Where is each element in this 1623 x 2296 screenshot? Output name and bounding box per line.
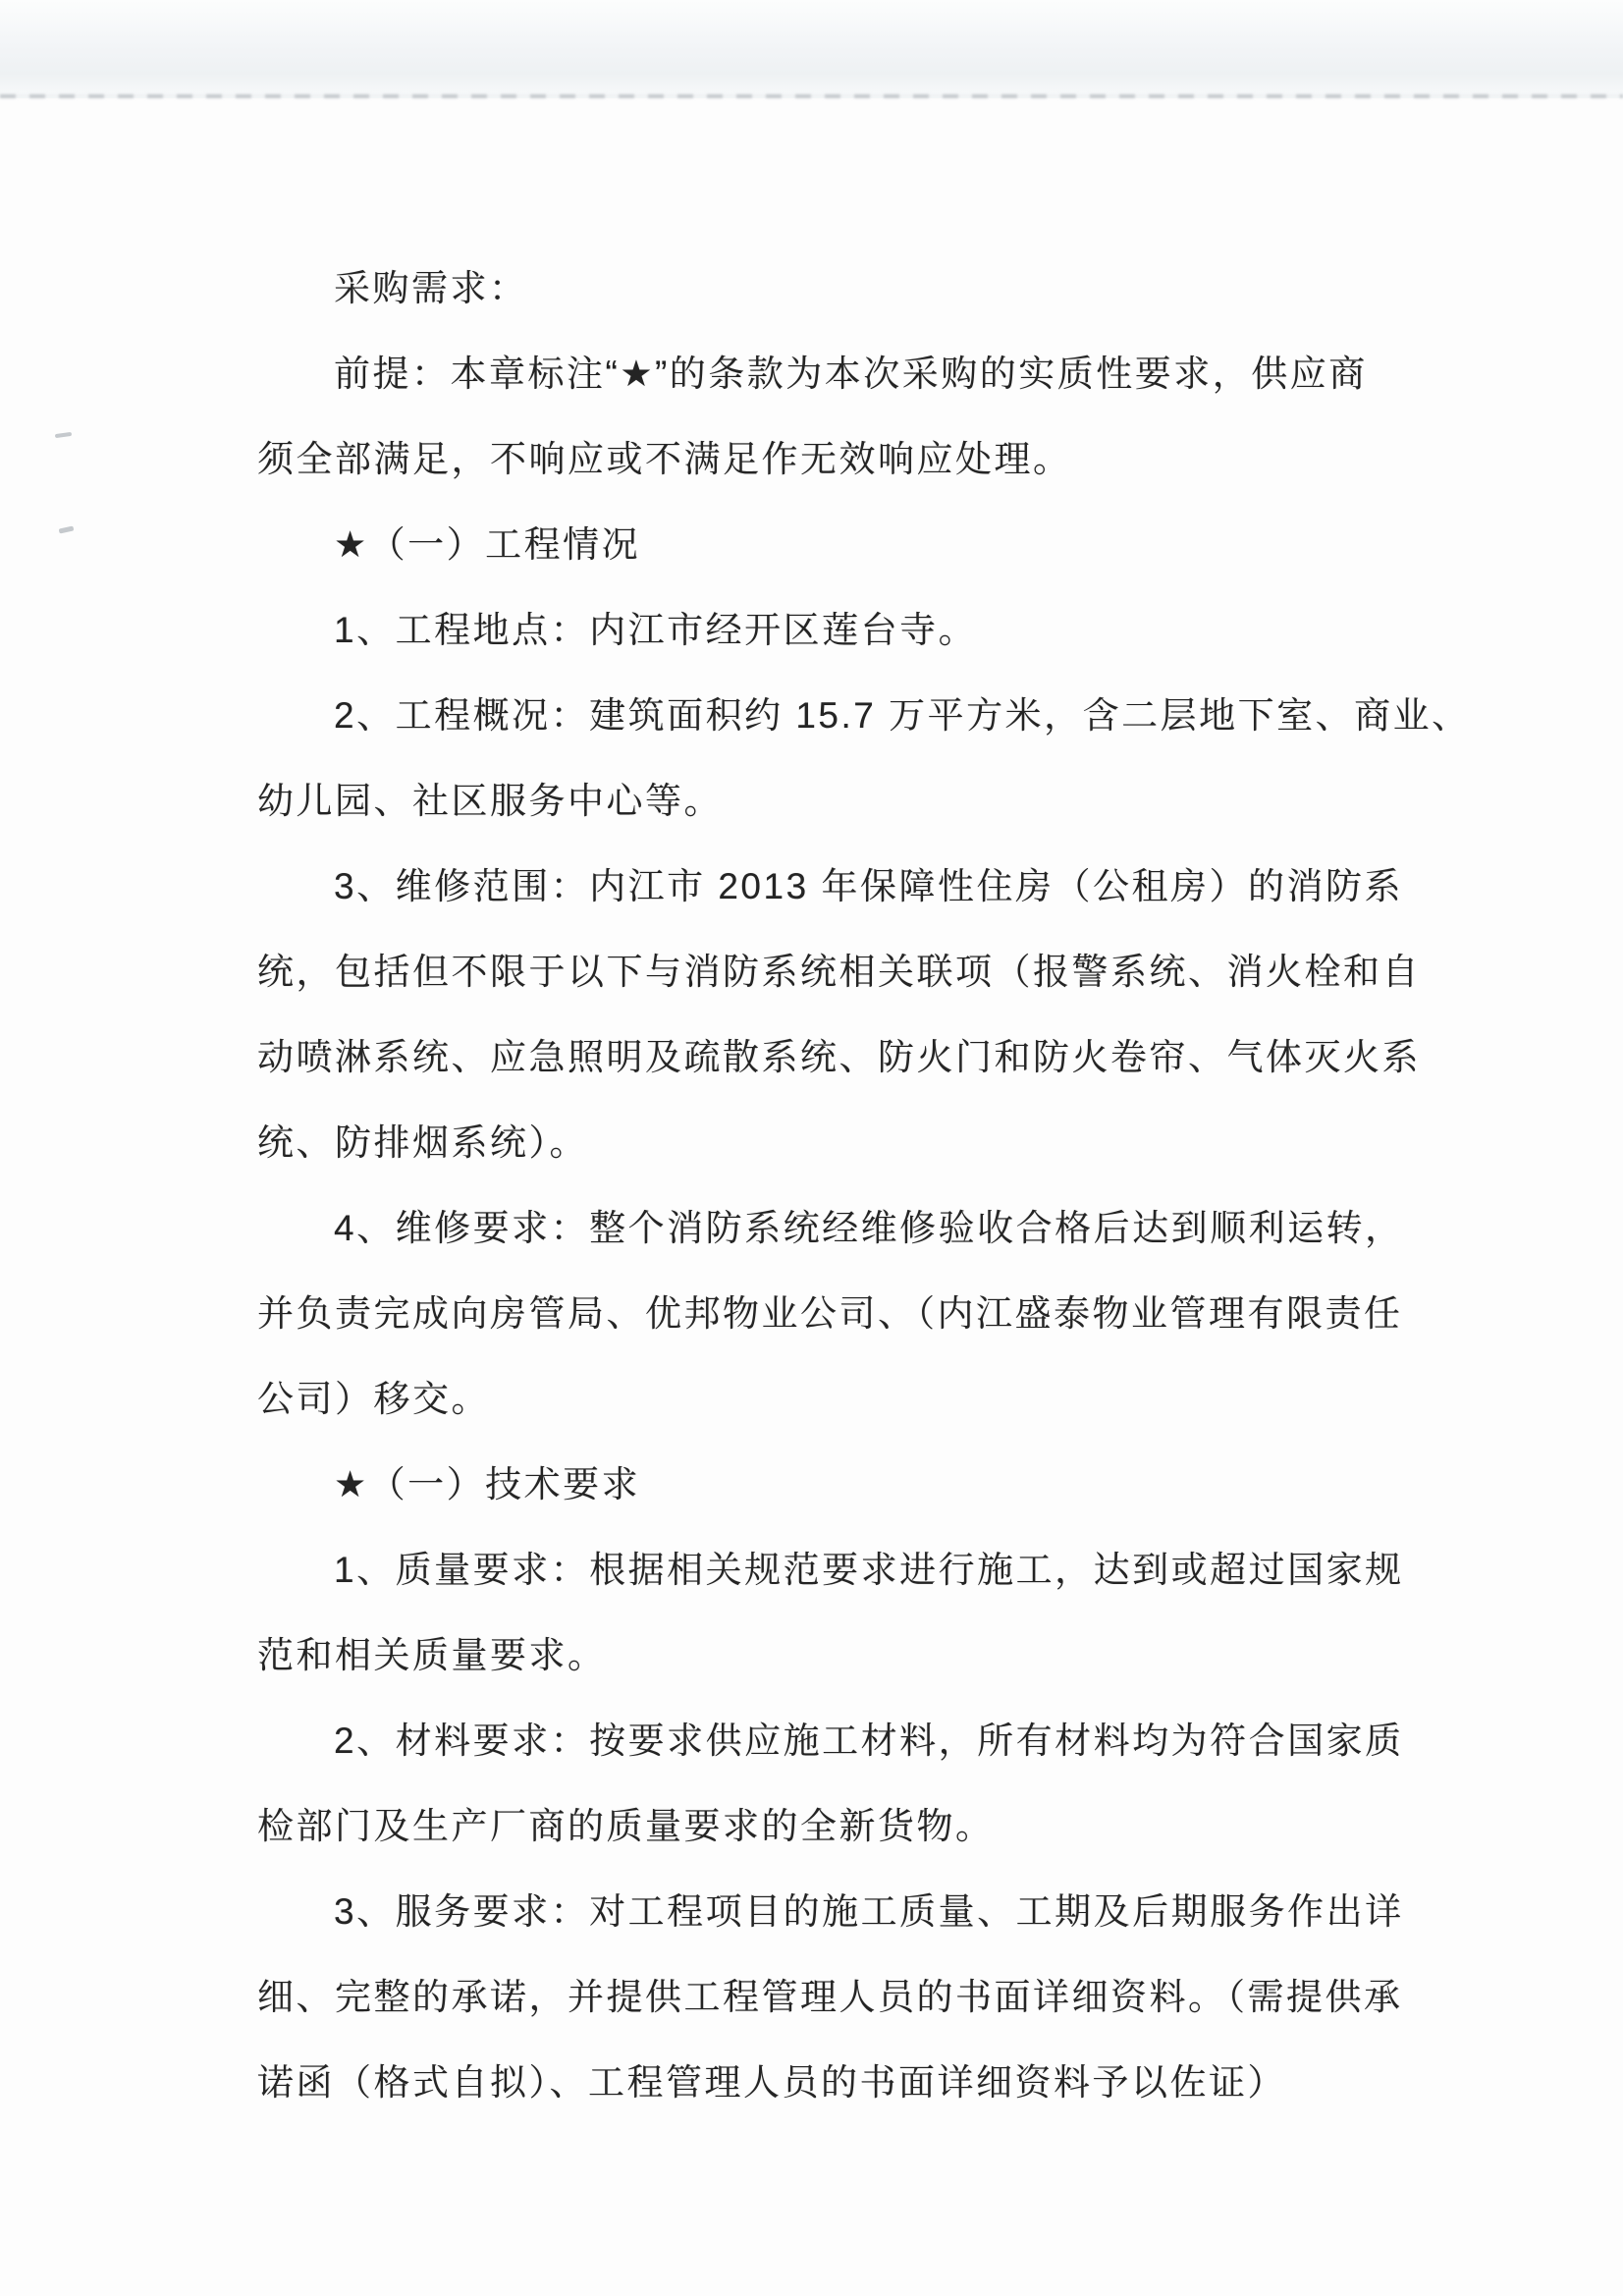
text-line: 统、防排烟系统）。: [257, 1100, 1426, 1185]
text-line: 1、工程地点：内江市经开区莲台寺。: [257, 587, 1426, 673]
text-line: 采购需求：: [257, 246, 1426, 331]
document-body: 采购需求：前提：本章标注“★”的条款为本次采购的实质性要求，供应商须全部满足，不…: [257, 246, 1426, 2125]
text-line: ★（一）技术要求: [257, 1442, 1426, 1527]
text-line: 2、材料要求：按要求供应施工材料，所有材料均为符合国家质: [257, 1698, 1426, 1783]
text-line: 并负责完成向房管局、优邦物业公司、（内江盛泰物业管理有限责任: [257, 1271, 1426, 1356]
text-line: 幼儿园、社区服务中心等。: [257, 758, 1426, 844]
text-line: 1、质量要求：根据相关规范要求进行施工，达到或超过国家规: [257, 1527, 1426, 1613]
text-line: 范和相关质量要求。: [257, 1613, 1426, 1698]
text-line: 3、服务要求：对工程项目的施工质量、工期及后期服务作出详: [257, 1869, 1426, 1954]
text-line: 前提：本章标注“★”的条款为本次采购的实质性要求，供应商: [257, 331, 1426, 416]
text-line: 动喷淋系统、应急照明及疏散系统、防火门和防火卷帘、气体灭火系: [257, 1014, 1426, 1100]
text-line: 诺函（格式自拟）、工程管理人员的书面详细资料予以佐证）: [257, 2040, 1426, 2125]
text-line: 2、工程概况：建筑面积约 15.7 万平方米，含二层地下室、商业、: [257, 673, 1426, 758]
scan-artifact-top-band: [0, 0, 1623, 98]
text-line: 3、维修范围：内江市 2013 年保障性住房（公租房）的消防系: [257, 844, 1426, 929]
text-line: 检部门及生产厂商的质量要求的全新货物。: [257, 1783, 1426, 1869]
text-line: 细、完整的承诺，并提供工程管理人员的书面详细资料。（需提供承: [257, 1954, 1426, 2040]
text-line: 4、维修要求：整个消防系统经维修验收合格后达到顺利运转，: [257, 1185, 1426, 1271]
scan-speck: [55, 432, 72, 438]
text-line: 须全部满足，不响应或不满足作无效响应处理。: [257, 416, 1426, 502]
document-page: 采购需求：前提：本章标注“★”的条款为本次采购的实质性要求，供应商须全部满足，不…: [0, 0, 1623, 2296]
text-line: 统，包括但不限于以下与消防系统相关联项（报警系统、消火栓和自: [257, 929, 1426, 1014]
scan-speck: [59, 525, 75, 533]
text-line: ★（一）工程情况: [257, 502, 1426, 587]
text-line: 公司）移交。: [257, 1356, 1426, 1442]
scan-artifact-top-edge-line: [0, 94, 1623, 98]
